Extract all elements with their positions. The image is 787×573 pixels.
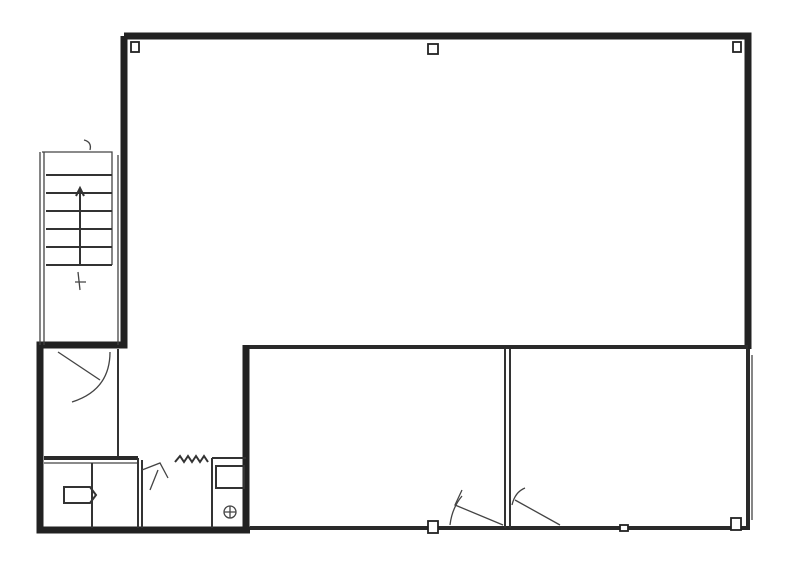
staircase (40, 140, 118, 345)
radiator-icon (175, 456, 208, 462)
door-left (455, 490, 503, 525)
kitchenette (212, 458, 246, 528)
entry-closet (58, 349, 118, 458)
column-markers (131, 42, 741, 533)
floor-plan: Floor plan (0, 0, 787, 573)
door-swing (142, 463, 168, 490)
toilet-room (44, 458, 168, 528)
door-right (512, 488, 560, 525)
door-swing (58, 352, 100, 380)
outer-walls (40, 36, 748, 530)
room-main-hall (128, 40, 748, 530)
room-partition (505, 349, 510, 528)
